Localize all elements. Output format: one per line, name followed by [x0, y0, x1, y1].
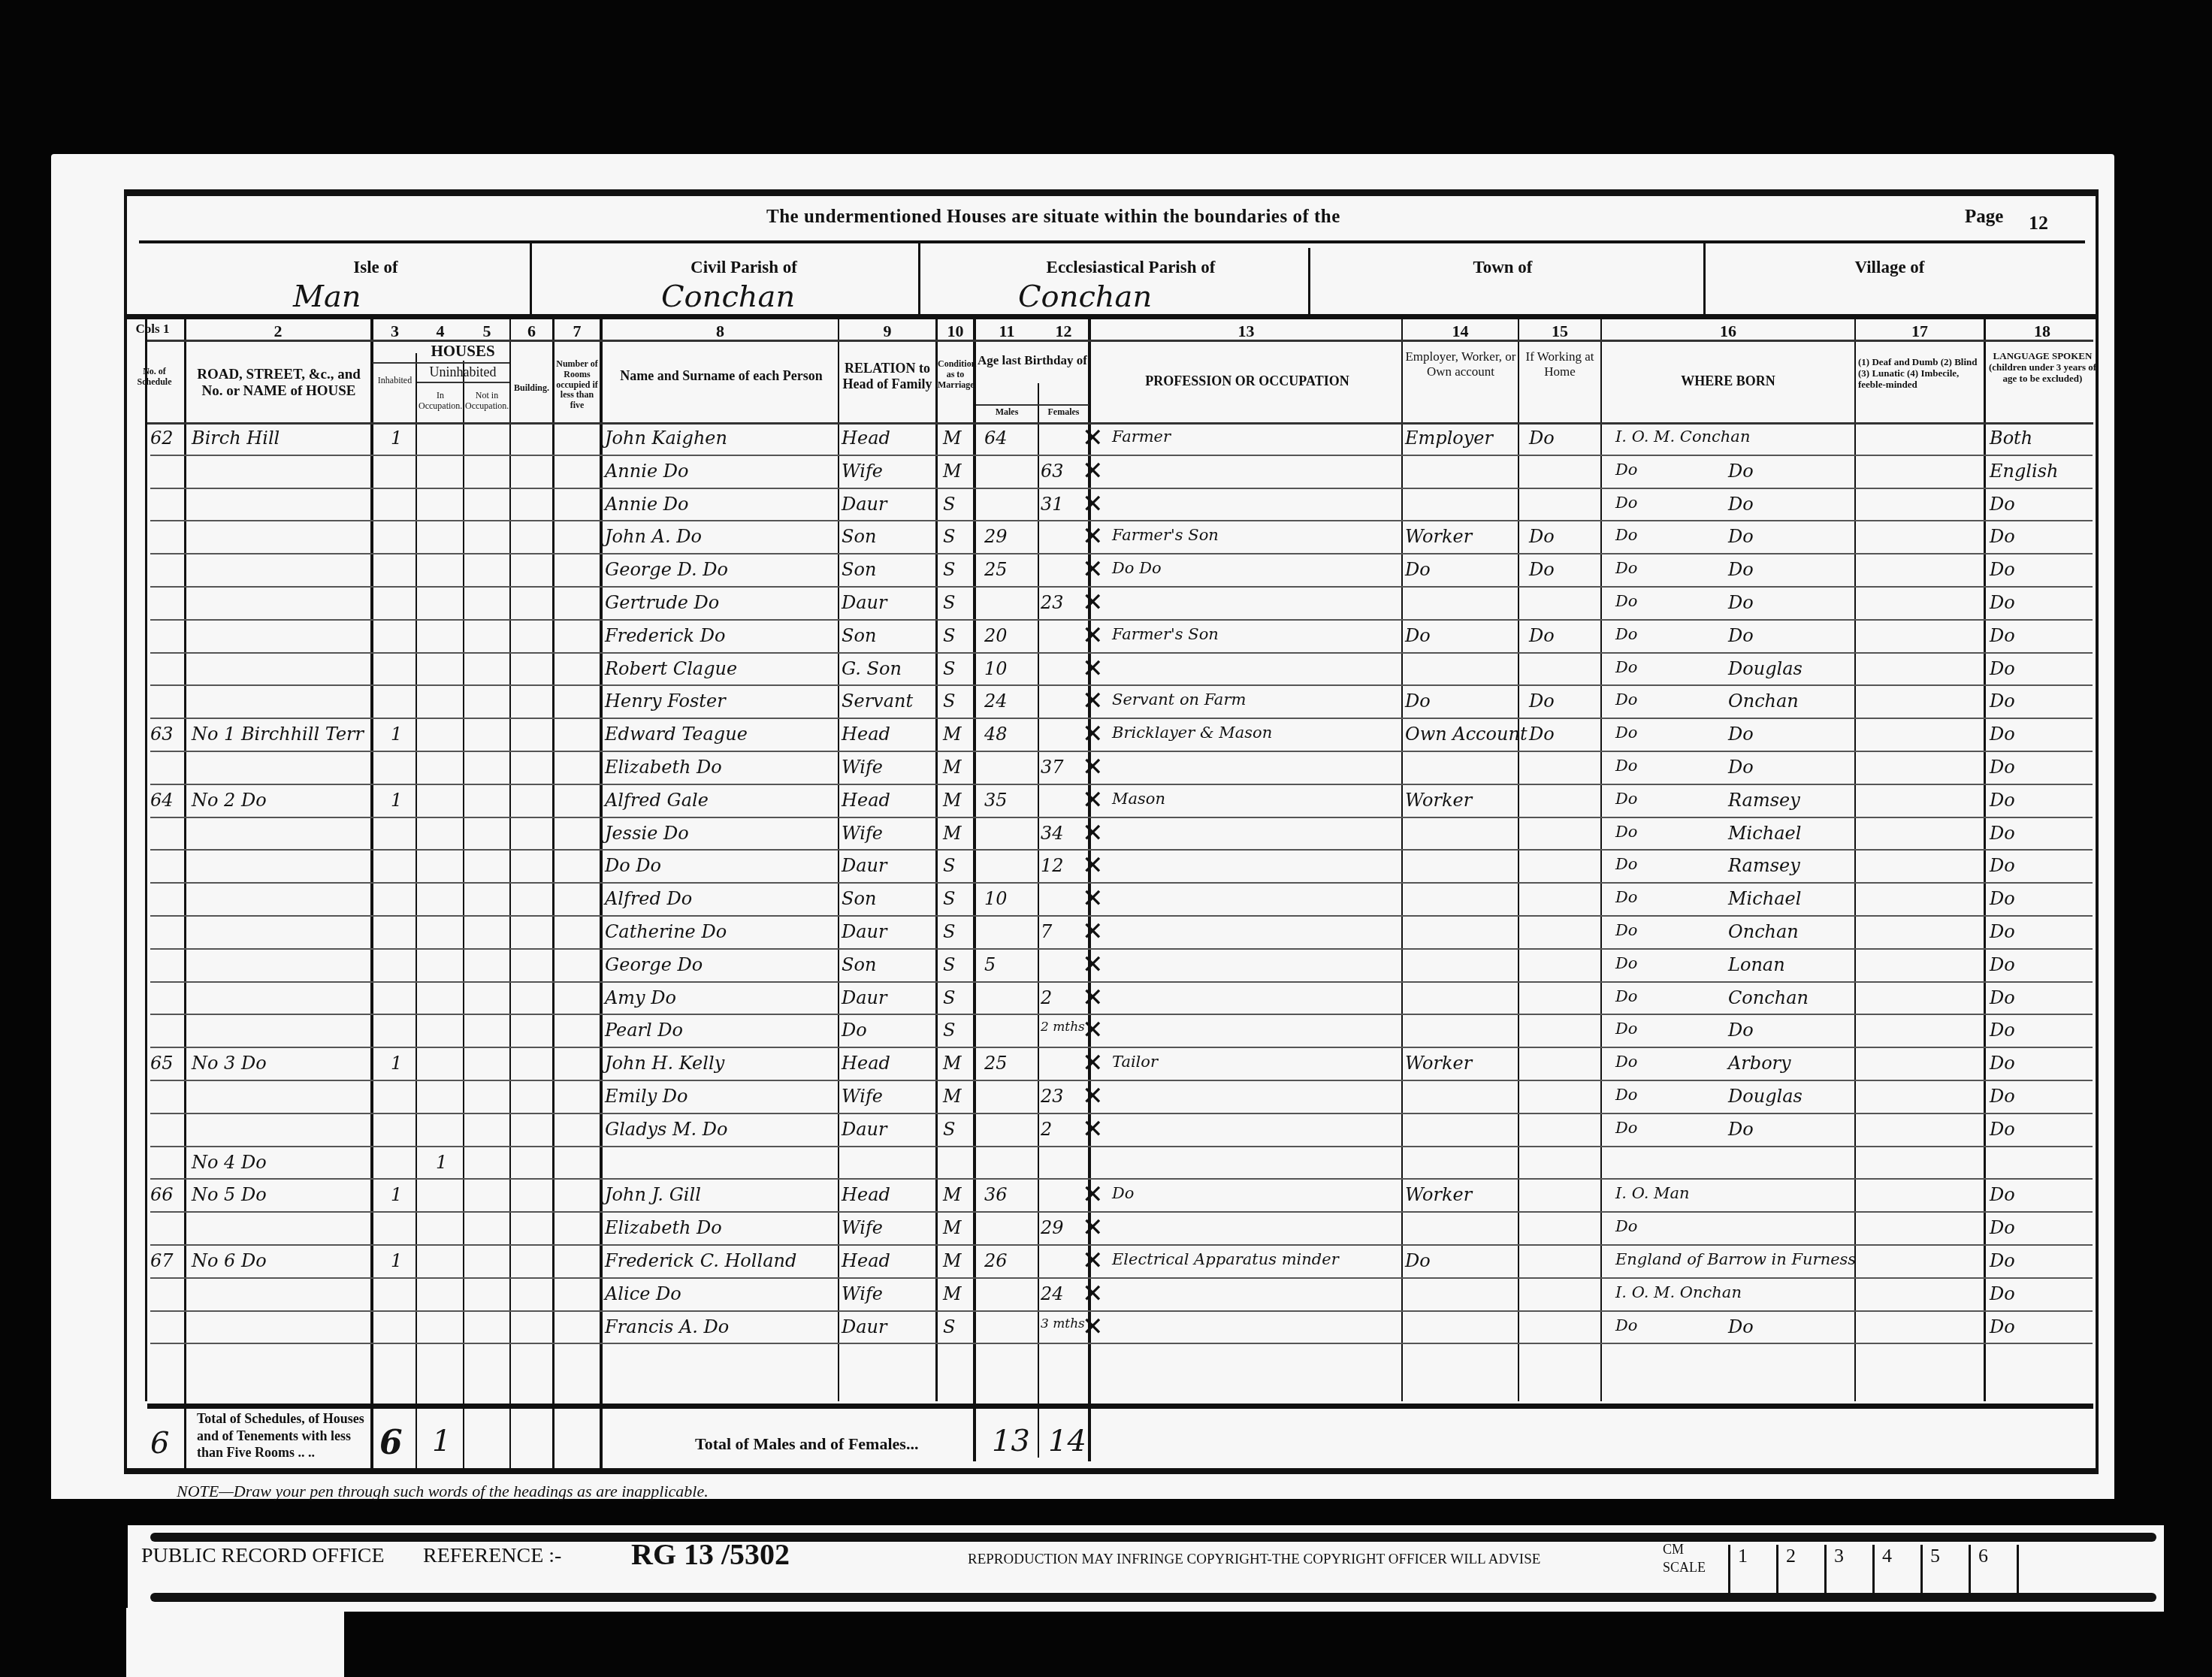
- row-name: Jessie Do: [605, 823, 689, 844]
- row-rule: [150, 718, 2093, 719]
- row-language: Both: [1990, 428, 2032, 449]
- row-condition: M: [943, 790, 962, 811]
- row-condition: M: [943, 461, 962, 482]
- row-name: Alice Do: [605, 1283, 681, 1304]
- row-name: George Do: [605, 954, 703, 975]
- row-inhabited: 1: [391, 1250, 402, 1271]
- row-born-place: I. O. M. Conchan: [1615, 428, 1750, 446]
- row-name: Frederick C. Holland: [605, 1250, 796, 1271]
- row-rule: [150, 586, 2093, 588]
- row-age-males: 36: [984, 1184, 1008, 1205]
- row-language: Do: [1990, 1316, 2015, 1337]
- row-rule: [150, 488, 2093, 489]
- row-language: Do: [1990, 724, 2015, 745]
- scale-mark: 6: [1969, 1545, 2017, 1596]
- row-language: Do: [1990, 1184, 2015, 1205]
- row-age-males: 10: [984, 888, 1008, 909]
- row-born-place: I. O. M. Onchan: [1615, 1283, 1742, 1301]
- row-relation: Son: [842, 526, 876, 547]
- row-language: Do: [1990, 1217, 2015, 1238]
- col-rule: [463, 361, 464, 1473]
- cross-mark-icon: ✕: [1082, 489, 1104, 519]
- row-occupation: Tailor: [1112, 1053, 1158, 1071]
- row-born-place: Do: [1615, 987, 1637, 1005]
- divider: [2017, 1545, 2026, 1596]
- row-born-parish: Do: [1728, 724, 1754, 745]
- row-age-females: 63: [1041, 461, 1064, 482]
- row-name: Gladys M. Do: [605, 1119, 728, 1140]
- reference-label: REFERENCE :-: [423, 1544, 561, 1568]
- row-name: John H. Kelly: [605, 1053, 724, 1074]
- row-relation: Daur: [842, 1316, 887, 1337]
- row-rule: [150, 1080, 2093, 1081]
- row-born-place: Do: [1615, 461, 1637, 479]
- row-inhabited: 1: [391, 1184, 402, 1205]
- row-age-females: 34: [1041, 823, 1064, 844]
- row-relation: Servant: [842, 690, 913, 712]
- row-at-home: Do: [1529, 428, 1555, 449]
- col-rule: [1600, 319, 1602, 1401]
- row-condition: S: [943, 592, 955, 613]
- scale-mark: 3: [1824, 1545, 1872, 1596]
- row-born-parish: Ramsey: [1728, 790, 1800, 811]
- row-name: John Kaighen: [605, 428, 727, 449]
- row-rule: [150, 948, 2093, 950]
- col-num-15: 15: [1519, 322, 1600, 341]
- cross-mark-icon: ✕: [1082, 851, 1104, 881]
- row-occupation: Farmer's Son: [1112, 526, 1219, 544]
- row-relation: Head: [842, 1184, 890, 1205]
- row-condition: M: [943, 1250, 962, 1271]
- row-relation: Daur: [842, 1119, 887, 1140]
- row-born-place: Do: [1615, 690, 1637, 709]
- row-name: Amy Do: [605, 987, 676, 1008]
- col-head-inhabited: Inhabited: [374, 376, 416, 386]
- row-age-females: 31: [1041, 494, 1064, 515]
- col-rule: [370, 319, 373, 1473]
- row-relation: Head: [842, 1053, 890, 1074]
- row-born-place: Do: [1615, 494, 1637, 512]
- col-num-12: 12: [1039, 322, 1088, 341]
- cross-mark-icon: ✕: [1082, 1015, 1104, 1045]
- col-head-age: Age last Birthday of: [977, 353, 1088, 368]
- row-age-males: 5: [984, 954, 996, 975]
- town-label: Town of: [1450, 258, 1555, 277]
- row-relation: Daur: [842, 494, 887, 515]
- row-condition: S: [943, 888, 955, 909]
- col-num-13: 13: [1091, 322, 1401, 341]
- row-name: John J. Gill: [605, 1184, 701, 1205]
- cross-mark-icon: ✕: [1082, 752, 1104, 782]
- cross-mark-icon: ✕: [1082, 1246, 1104, 1276]
- village-label: Village of: [1826, 258, 1954, 277]
- row-relation: Son: [842, 888, 876, 909]
- col-head-condition: Condition as to Marriage: [938, 359, 973, 390]
- row-name: Edward Teague: [605, 724, 748, 745]
- row-age-males: 29: [984, 526, 1008, 547]
- cross-mark-icon: ✕: [1082, 423, 1104, 453]
- row-condition: S: [943, 954, 955, 975]
- cross-mark-icon: ✕: [1082, 554, 1104, 585]
- row-born-place: I. O. Man: [1615, 1184, 1690, 1202]
- row-rule: [150, 1211, 2093, 1213]
- row-born-parish: Do: [1728, 1020, 1754, 1041]
- divider: [139, 240, 2085, 243]
- row-inhabited: 1: [391, 428, 402, 449]
- row-language: Do: [1990, 757, 2015, 778]
- row-name: Annie Do: [605, 494, 688, 515]
- row-born-parish: Conchan: [1728, 987, 1809, 1008]
- totals-males-females-label: Total of Males and of Females...: [695, 1434, 918, 1455]
- row-age-females: 29: [1041, 1217, 1064, 1238]
- col-head-at-home: If Working at Home: [1522, 349, 1598, 379]
- row-rule: [150, 1146, 2093, 1147]
- row-born-parish: Do: [1728, 625, 1754, 646]
- row-relation: Wife: [842, 1217, 883, 1238]
- office-label: PUBLIC RECORD OFFICE: [141, 1544, 385, 1568]
- row-age-females: 24: [1041, 1283, 1064, 1304]
- col-num-7: 7: [555, 322, 600, 341]
- divider: [417, 382, 509, 383]
- cross-mark-icon: ✕: [1082, 818, 1104, 848]
- row-age-males: 20: [984, 625, 1008, 646]
- row-age-females: 7: [1041, 921, 1052, 942]
- row-rule: [150, 684, 2093, 686]
- civil-parish-label: Civil Parish of: [661, 258, 826, 277]
- col-head-houses: HOUSES: [418, 342, 508, 360]
- col-head-building: Building.: [511, 383, 552, 394]
- row-rule: [150, 1310, 2093, 1312]
- isle-label: Isle of: [316, 258, 436, 277]
- row-occupation: Servant on Farm: [1112, 690, 1246, 709]
- cross-mark-icon: ✕: [1082, 654, 1104, 684]
- row-born-place: Do: [1615, 1020, 1637, 1038]
- cross-mark-icon: ✕: [1082, 521, 1104, 551]
- row-born-place: Do: [1615, 1119, 1637, 1137]
- cross-mark-icon: ✕: [1082, 983, 1104, 1013]
- page-tab: [126, 1608, 344, 1677]
- totals-label: Total of Schedules, of Houses and of Ten…: [197, 1410, 366, 1461]
- col-num-11: 11: [977, 322, 1037, 341]
- ecclesiastical-parish-value: Conchan: [1018, 279, 1152, 314]
- row-age-females: 12: [1041, 855, 1064, 876]
- row-condition: S: [943, 987, 955, 1008]
- row-relation: Son: [842, 954, 876, 975]
- row-name: John A. Do: [605, 526, 702, 547]
- row-name: Do Do: [605, 855, 661, 876]
- row-born-parish: Do: [1728, 559, 1754, 580]
- row-language: Do: [1990, 690, 2015, 712]
- row-language: Do: [1990, 494, 2015, 515]
- col-num-1: Cols 1: [126, 322, 179, 337]
- row-born-place: Do: [1615, 954, 1637, 972]
- row-born-parish: Do: [1728, 461, 1754, 482]
- col-head-infirmity: (1) Deaf and Dumb (2) Blind (3) Lunatic …: [1858, 357, 1982, 391]
- row-born-place: Do: [1615, 855, 1637, 873]
- row-born-place: Do: [1615, 921, 1637, 939]
- col-rule: [1401, 319, 1403, 1401]
- row-language: Do: [1990, 559, 2015, 580]
- row-age-females: 37: [1041, 757, 1064, 778]
- divider: [918, 242, 920, 316]
- totals-schedules: 6: [150, 1426, 169, 1461]
- row-uninhabited: 1: [436, 1152, 447, 1173]
- col-num-5: 5: [464, 322, 509, 341]
- col-head-uninhabited: Uninhabited: [418, 364, 508, 380]
- divider: [1703, 242, 1706, 316]
- row-born-place: Do: [1615, 658, 1637, 676]
- row-language: Do: [1990, 954, 2015, 975]
- row-age-males: 64: [984, 428, 1008, 449]
- scale-mark: 2: [1776, 1545, 1824, 1596]
- row-born-parish: Do: [1728, 526, 1754, 547]
- row-born-parish: Douglas: [1728, 1086, 1803, 1107]
- row-language: Do: [1990, 1086, 2015, 1107]
- row-occupation: Electrical Apparatus minder: [1112, 1250, 1339, 1268]
- row-age-males: 24: [984, 690, 1008, 712]
- row-name: George D. Do: [605, 559, 728, 580]
- row-rule: [150, 751, 2093, 752]
- row-at-home: Do: [1529, 625, 1555, 646]
- cross-mark-icon: ✕: [1082, 1279, 1104, 1309]
- col-rule: [1854, 319, 1856, 1401]
- col-num-14: 14: [1403, 322, 1518, 341]
- row-inhabited: 1: [391, 790, 402, 811]
- row-born-parish: Do: [1728, 1119, 1754, 1140]
- col-head-address: ROAD, STREET, &c., and No. or NAME of HO…: [189, 367, 368, 400]
- row-language: Do: [1990, 625, 2015, 646]
- cross-mark-icon: ✕: [1082, 686, 1104, 716]
- scale-label: CM SCALE: [1663, 1540, 1697, 1577]
- row-relation: Wife: [842, 757, 883, 778]
- row-condition: S: [943, 658, 955, 679]
- row-name: Catherine Do: [605, 921, 727, 942]
- row-employment: Do: [1405, 690, 1431, 712]
- row-condition: M: [943, 428, 962, 449]
- cross-mark-icon: ✕: [1082, 719, 1104, 749]
- row-relation: Son: [842, 559, 876, 580]
- row-condition: S: [943, 625, 955, 646]
- row-age-males: 35: [984, 790, 1008, 811]
- row-born-place: Do: [1615, 559, 1637, 577]
- row-occupation: Do: [1112, 1184, 1134, 1202]
- row-schedule: 66: [150, 1184, 174, 1205]
- row-born-parish: Onchan: [1728, 921, 1799, 942]
- col-num-3: 3: [374, 322, 416, 341]
- row-age-females: 23: [1041, 592, 1064, 613]
- row-rule: [150, 817, 2093, 818]
- row-condition: S: [943, 855, 955, 876]
- col-rule: [973, 319, 976, 1461]
- row-name: Gertrude Do: [605, 592, 719, 613]
- col-head-name: Name and Surname of each Person: [616, 368, 826, 384]
- row-condition: M: [943, 757, 962, 778]
- row-rule: [150, 1047, 2093, 1048]
- col-rule: [145, 319, 147, 1401]
- row-occupation: Do Do: [1112, 559, 1162, 577]
- page-number: 12: [2029, 212, 2048, 234]
- row-name: Alfred Gale: [605, 790, 709, 811]
- col-head-employment: Employer, Worker, or Own account: [1405, 349, 1516, 379]
- row-name: Francis A. Do: [605, 1316, 729, 1337]
- row-occupation: Bricklayer & Mason: [1112, 724, 1272, 742]
- totals-males: 13: [992, 1424, 1030, 1458]
- col-num-4: 4: [418, 322, 463, 341]
- row-relation: Daur: [842, 987, 887, 1008]
- row-language: Do: [1990, 592, 2015, 613]
- row-born-parish: Douglas: [1728, 658, 1803, 679]
- col-num-16: 16: [1602, 322, 1854, 341]
- cross-mark-icon: ✕: [1082, 1048, 1104, 1078]
- row-born-place: Do: [1615, 526, 1637, 544]
- row-relation: Head: [842, 1250, 890, 1271]
- row-age-males: 26: [984, 1250, 1008, 1271]
- col-head-in-occupation: In Occupation.: [419, 391, 462, 412]
- col-rule: [1038, 383, 1039, 1458]
- row-condition: M: [943, 724, 962, 745]
- row-employment: Do: [1405, 1250, 1431, 1271]
- row-language: Do: [1990, 1020, 2015, 1041]
- row-condition: M: [943, 1184, 962, 1205]
- row-inhabited: 1: [391, 1053, 402, 1074]
- row-relation: Wife: [842, 1086, 883, 1107]
- row-relation: Wife: [842, 461, 883, 482]
- divider: [1308, 248, 1310, 316]
- scale-mark: 1: [1728, 1545, 1776, 1596]
- cross-mark-icon: ✕: [1082, 1213, 1104, 1243]
- row-occupation: Mason: [1112, 790, 1165, 808]
- totals-females: 14: [1048, 1424, 1086, 1458]
- row-language: Do: [1990, 823, 2015, 844]
- col-head-occupation: PROFESSION OR OCCUPATION: [1097, 373, 1398, 389]
- col-num-8: 8: [603, 322, 838, 341]
- cross-mark-icon: ✕: [1082, 1180, 1104, 1210]
- row-at-home: Do: [1529, 724, 1555, 745]
- row-address: No 5 Do: [192, 1184, 267, 1205]
- row-name: Elizabeth Do: [605, 1217, 722, 1238]
- row-occupation: Farmer's Son: [1112, 625, 1219, 643]
- divider: [530, 242, 532, 316]
- divider: [976, 404, 1089, 406]
- col-num-9: 9: [839, 322, 935, 341]
- cross-mark-icon: ✕: [1082, 621, 1104, 651]
- row-age-males: 10: [984, 658, 1008, 679]
- row-name: Robert Clague: [605, 658, 737, 679]
- row-rule: [150, 882, 2093, 884]
- row-rule: [150, 652, 2093, 654]
- col-head-not-in-occupation: Not in Occupation.: [465, 391, 509, 412]
- row-address: No 2 Do: [192, 790, 267, 811]
- row-condition: S: [943, 921, 955, 942]
- row-born-place: Do: [1615, 1086, 1637, 1104]
- row-name: Alfred Do: [605, 888, 692, 909]
- row-born-parish: Do: [1728, 1316, 1754, 1337]
- row-relation: Wife: [842, 823, 883, 844]
- row-inhabited: 1: [391, 724, 402, 745]
- col-head-relation: RELATION to Head of Family: [842, 361, 933, 391]
- col-rule: [1984, 319, 1986, 1401]
- row-language: Do: [1990, 1283, 2015, 1304]
- totals-rule: [147, 1404, 2093, 1409]
- col-rule: [1518, 319, 1519, 1401]
- row-rule: [150, 520, 2093, 521]
- cross-mark-icon: ✕: [1082, 917, 1104, 947]
- col-num-10: 10: [938, 322, 973, 341]
- header-bottom-rule: [147, 422, 2093, 425]
- row-language: Do: [1990, 1119, 2015, 1140]
- row-condition: S: [943, 1316, 955, 1337]
- cross-mark-icon: ✕: [1082, 884, 1104, 914]
- row-language: Do: [1990, 658, 2015, 679]
- row-born-parish: Arbory: [1728, 1053, 1791, 1074]
- copyright-notice: REPRODUCTION MAY INFRINGE COPYRIGHT-THE …: [968, 1552, 1540, 1568]
- row-employment: Worker: [1405, 1184, 1472, 1205]
- col-head-language: LANGUAGE SPOKEN (children under 3 years …: [1988, 351, 2097, 385]
- form-title: The undermentioned Houses are situate wi…: [766, 207, 1340, 228]
- row-rule: [150, 1113, 2093, 1114]
- row-condition: S: [943, 1119, 955, 1140]
- row-language: Do: [1990, 987, 2015, 1008]
- row-age-males: 25: [984, 1053, 1008, 1074]
- row-age-males: 48: [984, 724, 1008, 745]
- row-age-females: 2: [1041, 1119, 1052, 1140]
- cross-mark-icon: ✕: [1082, 1312, 1104, 1342]
- row-at-home: Do: [1529, 690, 1555, 712]
- cross-mark-icon: ✕: [1082, 588, 1104, 618]
- row-address: Birch Hill: [192, 428, 280, 449]
- row-condition: M: [943, 1283, 962, 1304]
- row-employment: Do: [1405, 625, 1431, 646]
- ecclesiastical-parish-label: Ecclesiastical Parish of: [1037, 258, 1225, 277]
- row-address: No 3 Do: [192, 1053, 267, 1074]
- row-rule: [150, 1277, 2093, 1279]
- row-employment: Own Account: [1405, 724, 1528, 745]
- row-condition: S: [943, 526, 955, 547]
- row-born-parish: Michael: [1728, 823, 1801, 844]
- row-address: No 1 Birchhill Terr: [192, 724, 364, 745]
- col-rule: [935, 319, 938, 1401]
- row-relation: Daur: [842, 855, 887, 876]
- row-relation: G. Son: [842, 658, 902, 679]
- col-head-schedule: No. of Schedule: [126, 367, 183, 388]
- row-name: Frederick Do: [605, 625, 725, 646]
- row-name: Annie Do: [605, 461, 688, 482]
- col-num-2: 2: [188, 322, 368, 341]
- row-rule: [150, 915, 2093, 917]
- row-born-place: Do: [1615, 1053, 1637, 1071]
- row-name: Emily Do: [605, 1086, 688, 1107]
- totals-uninhabited: 1: [432, 1424, 451, 1458]
- row-age-females: 3 mths: [1041, 1316, 1085, 1331]
- row-age-females: 2: [1041, 987, 1052, 1008]
- row-rule: [150, 849, 2093, 851]
- civil-parish-value: Conchan: [661, 279, 795, 314]
- divider: [373, 362, 509, 364]
- scale-mark: 4: [1872, 1545, 1920, 1596]
- row-name: Henry Foster: [605, 690, 726, 712]
- col-num-17: 17: [1856, 322, 1984, 341]
- totals-inhabited: 6: [379, 1424, 403, 1462]
- row-language: English: [1990, 461, 2058, 482]
- page-label: Page: [1965, 207, 2003, 228]
- row-rule: [150, 784, 2093, 785]
- row-language: Do: [1990, 921, 2015, 942]
- row-born-place: Do: [1615, 757, 1637, 775]
- col-head-males: Males: [977, 407, 1037, 418]
- row-rule: [150, 1014, 2093, 1015]
- col-head-where-born: WHERE BORN: [1608, 373, 1848, 389]
- cross-mark-icon: ✕: [1082, 1081, 1104, 1111]
